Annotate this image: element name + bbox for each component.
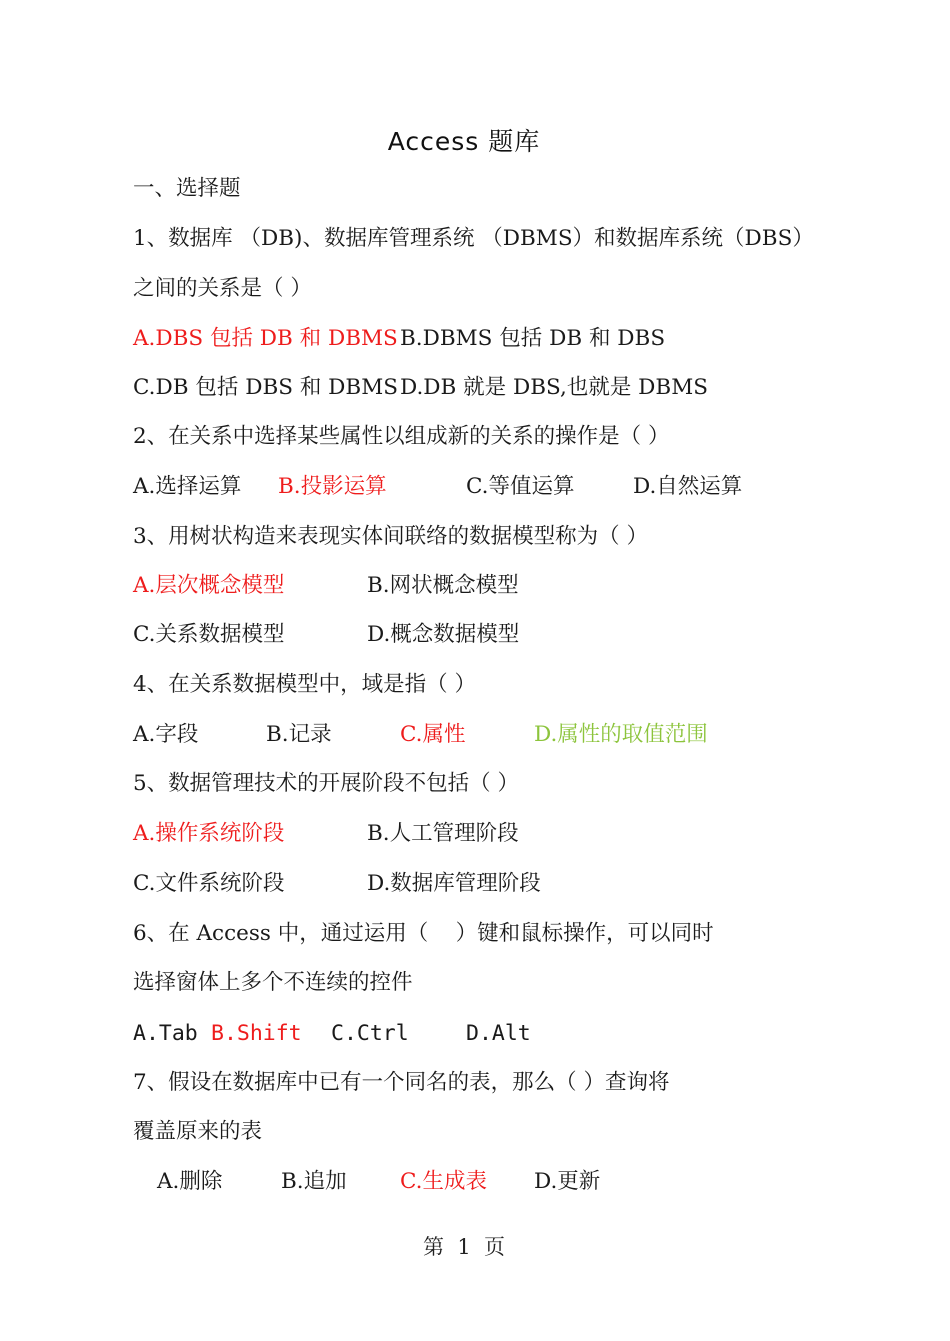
question-2-option-b: B.投影运算 [278, 472, 387, 502]
question-5-option-a: A.操作系统阶段 [133, 819, 284, 849]
question-5-option-d: D.数据库管理阶段 [367, 869, 541, 899]
question-4-option-c: C.属性 [400, 720, 466, 750]
question-3-option-c: C.关系数据模型 [133, 620, 285, 650]
question-3-text: 3、用树状构造来表现实体间联络的数据模型称为（ ） [133, 522, 648, 552]
question-1-text: 1、数据库 （DB)、数据库管理系统 （DBMS）和数据库系统（DBS） [133, 224, 814, 254]
question-7-option-b: B.追加 [281, 1167, 347, 1197]
question-6-option-a: A.Tab [133, 1019, 198, 1049]
question-1-option-d: D.DB 就是 DBS,也就是 DBMS [400, 373, 708, 403]
question-1-option-a: A.DBS 包括 DB 和 DBMS [133, 324, 398, 354]
question-6-text: 6、在 Access 中，通过运用（ ）键和鼠标操作，可以同时 [133, 919, 714, 949]
question-6-text-cont: 选择窗体上多个不连续的控件 [133, 968, 413, 998]
question-7-text-cont: 覆盖原来的表 [133, 1117, 262, 1147]
question-5-text: 5、数据管理技术的开展阶段不包括（ ） [133, 769, 519, 799]
question-6-option-c: C.Ctrl [331, 1019, 409, 1049]
question-4-option-a: A.字段 [133, 720, 198, 750]
question-7-option-a: A.删除 [157, 1167, 222, 1197]
question-1-option-c: C.DB 包括 DBS 和 DBMS [133, 373, 398, 403]
document-title: Access 题库 [0, 122, 928, 158]
question-3-option-d: D.概念数据模型 [367, 620, 519, 650]
question-2-option-a: A.选择运算 [133, 472, 241, 502]
question-7-option-c: C.生成表 [400, 1167, 487, 1197]
question-2-text: 2、在关系中选择某些属性以组成新的关系的操作是（ ） [133, 422, 670, 452]
question-7-option-d: D.更新 [534, 1167, 600, 1197]
document-page: Access 题库 一、选择题 1、数据库 （DB)、数据库管理系统 （DBMS… [0, 0, 950, 1341]
question-7-text: 7、假设在数据库中已有一个同名的表，那么（ ）查询将 [133, 1068, 670, 1098]
question-6-option-b: B.Shift [211, 1019, 302, 1049]
page-number: 第 1 页 [0, 1232, 928, 1262]
section-heading: 一、选择题 [133, 174, 241, 204]
question-5-option-b: B.人工管理阶段 [367, 819, 519, 849]
question-6-option-d: D.Alt [466, 1019, 531, 1049]
question-1-text-cont: 之间的关系是（ ） [133, 274, 312, 304]
question-4-option-d: D.属性的取值范围 [534, 720, 708, 750]
question-4-option-b: B.记录 [266, 720, 332, 750]
question-3-option-b: B.网状概念模型 [367, 571, 519, 601]
question-2-option-d: D.自然运算 [633, 472, 742, 502]
question-3-option-a: A.层次概念模型 [133, 571, 284, 601]
question-2-option-c: C.等值运算 [466, 472, 575, 502]
question-1-option-b: B.DBMS 包括 DB 和 DBS [400, 324, 665, 354]
question-4-text: 4、在关系数据模型中，域是指（ ） [133, 670, 476, 700]
question-5-option-c: C.文件系统阶段 [133, 869, 285, 899]
